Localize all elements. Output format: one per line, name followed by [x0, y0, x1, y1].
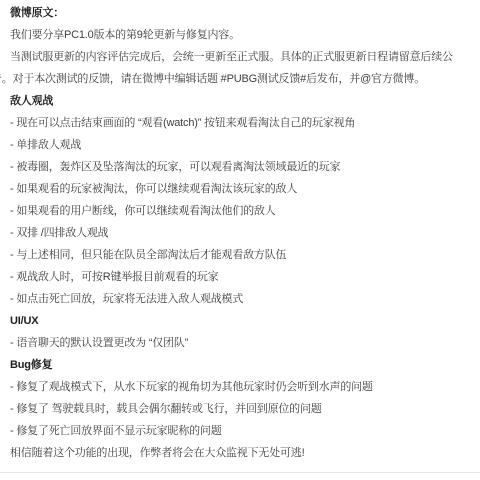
bottom-divider: [0, 472, 480, 473]
intro-paragraph: 告。对于本次测试的反馈，请在微博中编辑话题 #PUBG测试反馈#后发布，并@官方…: [0, 71, 425, 87]
bullet-item: - 修复了观战模式下，从水下玩家的视角切为其他玩家时仍会听到水声的问题: [10, 379, 373, 395]
bullet-item: - 现在可以点击结束画面的 “观看(watch)” 按钮来观看淘汰自己的玩家视角: [10, 115, 355, 131]
bullet-item: - 被毒圈，轰炸区及坠落淘汰的玩家，可以观看离淘汰领域最近的玩家: [10, 159, 340, 175]
bullet-item: - 观战敌人时，可按R键举报目前观看的玩家: [10, 269, 218, 285]
post-title: 微博原文：: [10, 5, 64, 21]
bullet-item: - 如果观看的玩家被淘汰，你可以继续观看淘汰该玩家的敌人: [10, 181, 297, 197]
bullet-item: - 单排敌人观战: [10, 137, 81, 153]
closing-paragraph: 相信随着这个功能的出现，作弊者将会在大众监视下无处可逃!: [10, 445, 304, 461]
bullet-item: - 与上述相同，但只能在队员全部淘汰后才能观看敌方队伍: [10, 247, 286, 263]
bullet-item: - 语音聊天的默认设置更改为 “仅团队”: [10, 335, 188, 351]
intro-paragraph: 我们要分享PC1.0版本的第9轮更新与修复内容。: [10, 27, 240, 43]
section-heading-ui-ux: UI/UX: [10, 313, 38, 329]
weibo-post-document: 微博原文： 我们要分享PC1.0版本的第9轮更新与修复内容。 当测试服更新的内容…: [0, 0, 480, 480]
section-heading-enemy-spectate: 敌人观战: [10, 93, 53, 109]
bullet-item: - 双排 /四排敌人观战: [10, 225, 108, 241]
bullet-item: - 修复了死亡回放界面不显示玩家昵称的问题: [10, 423, 222, 439]
intro-paragraph: 当测试服更新的内容评估完成后，会统一更新至正式服。具体的正式服更新日程请留意后续…: [10, 49, 453, 65]
bullet-item: - 如点击死亡回放，玩家将无法进入敌人观战模式: [10, 291, 243, 307]
bullet-item: - 如果观看的用户断线，你可以继续观看淘汰他们的敌人: [10, 203, 276, 219]
section-heading-bug-fixes: Bug修复: [10, 357, 52, 373]
bullet-item: - 修复了 驾驶载具时，载具会偶尔翻转或飞行，并回到原位的问题: [10, 401, 322, 417]
